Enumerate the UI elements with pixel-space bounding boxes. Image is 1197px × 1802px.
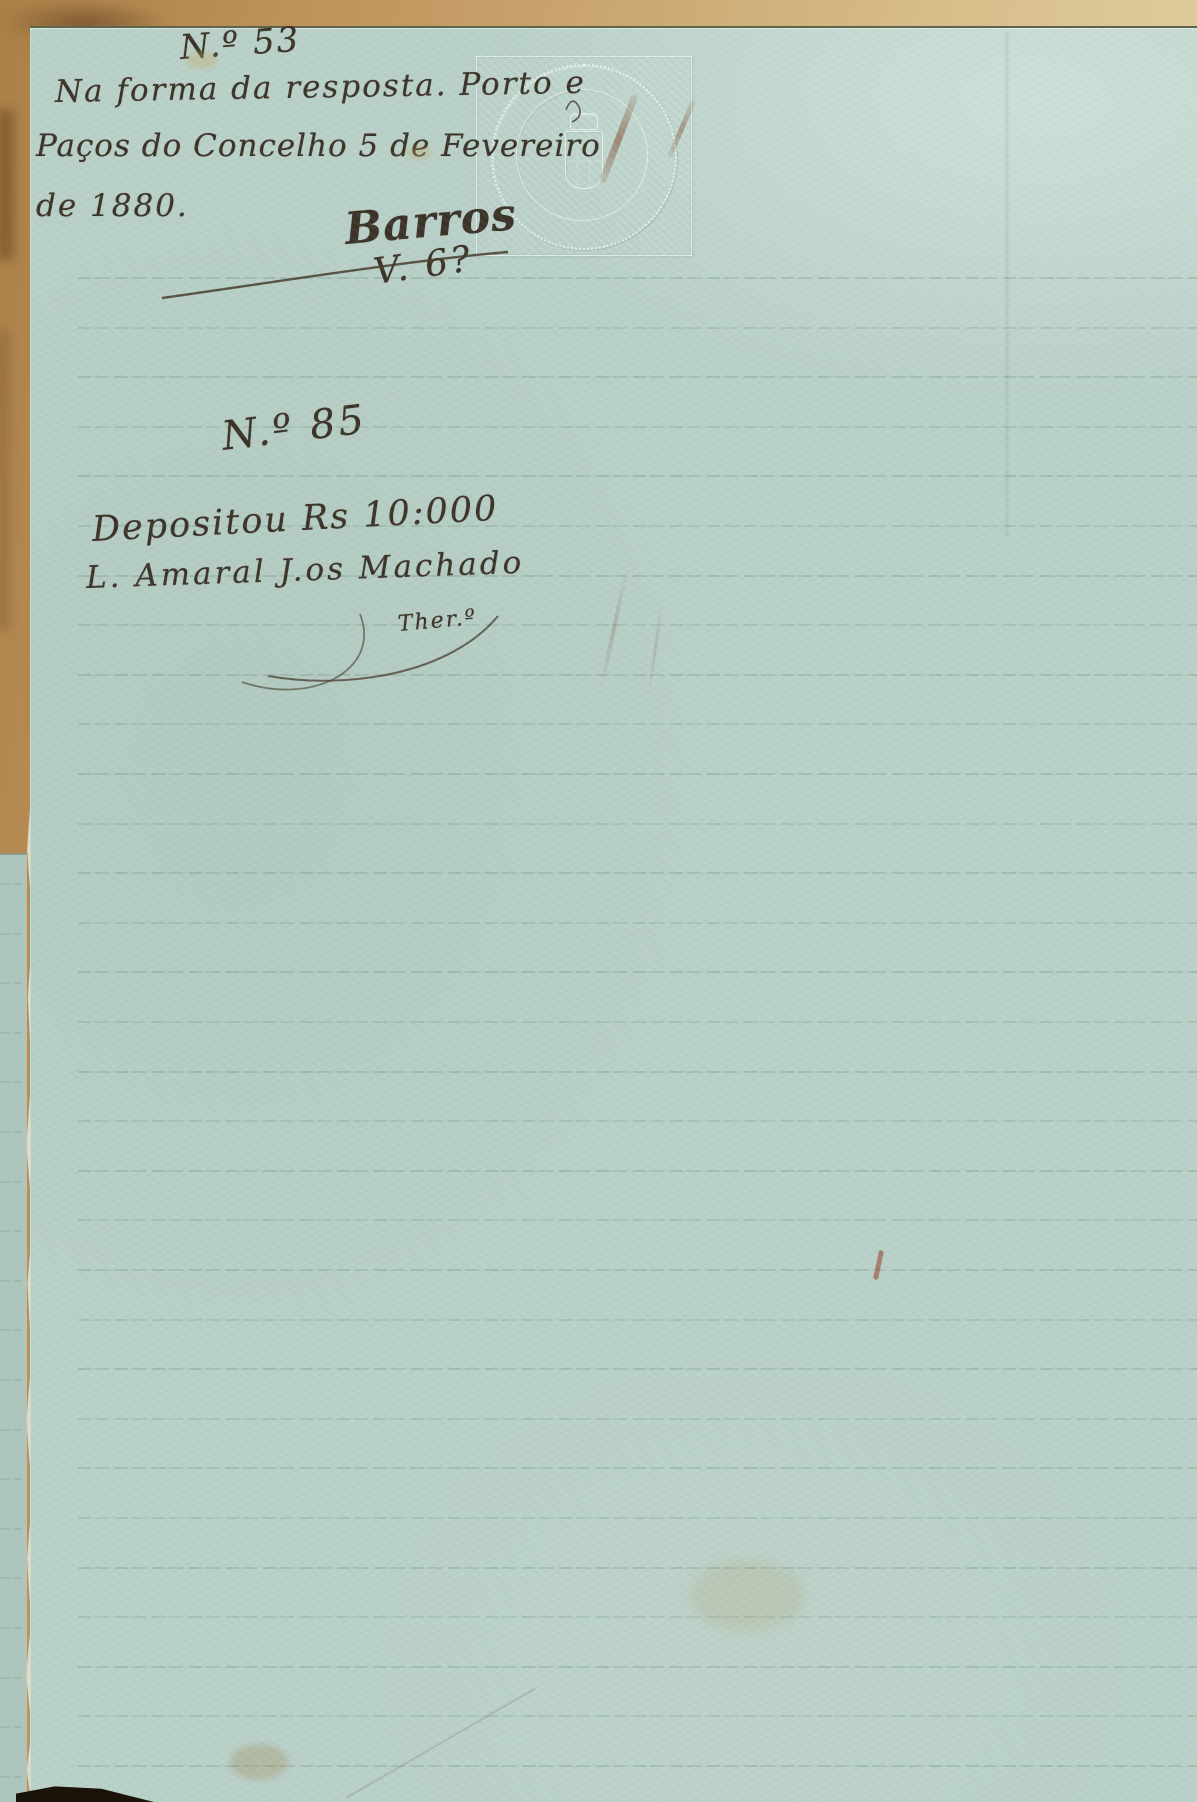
- under-page-ruled-line: [0, 1329, 22, 1331]
- ruled-line: [78, 1567, 1197, 1569]
- ruled-line: [78, 1269, 1197, 1271]
- deposit-note: Depositou Rs 10:000: [91, 489, 499, 550]
- under-page-ruled-line: [0, 1677, 22, 1679]
- under-page-ruled-line: [0, 1131, 22, 1133]
- under-page-ruled-line: [0, 1726, 22, 1728]
- clerk-title: Ther.º: [397, 605, 478, 637]
- scanned-document: N.º 53 Na forma da resposta. Porto e Paç…: [0, 0, 1197, 1802]
- ruled-line: [78, 1616, 1197, 1618]
- under-page-ruled-line: [0, 1478, 22, 1480]
- under-page-ruled-line: [0, 1181, 22, 1183]
- signature-flourishes: [30, 28, 1197, 1802]
- stain-streak-4: [647, 600, 663, 694]
- ruled-line: [78, 922, 1197, 924]
- ruled-line: [78, 1666, 1197, 1668]
- under-page-ruled-line: [0, 1081, 22, 1083]
- underlying-page-edge: [0, 853, 27, 1802]
- ruled-line: [78, 475, 1197, 477]
- under-page-ruled-line: [0, 933, 22, 935]
- stain-yellow-1: [186, 52, 218, 69]
- stain-yellow-2: [406, 146, 432, 160]
- ruled-line: [78, 327, 1197, 329]
- under-page-ruled-line: [0, 1776, 22, 1778]
- ruled-line: [78, 1021, 1197, 1023]
- ruled-line: [78, 971, 1197, 973]
- ruled-line: [78, 823, 1197, 825]
- annotation-line-3: de 1880.: [36, 188, 189, 224]
- ruled-line: [78, 1120, 1197, 1122]
- under-page-ruled-line: [0, 1627, 22, 1629]
- clerk-signatures: L. Amaral J.os Machado: [85, 545, 524, 596]
- ruled-line: [78, 773, 1197, 775]
- under-page-ruled-line: [0, 1280, 22, 1282]
- ruled-line: [78, 872, 1197, 874]
- backing-stain-left-2: [0, 330, 9, 630]
- process-number: N.º 85: [219, 396, 369, 459]
- fold-crease-vertical: [1006, 32, 1008, 537]
- under-page-ruled-line: [0, 1230, 22, 1232]
- backing-stain-left: [0, 110, 14, 260]
- ruled-line: [78, 1715, 1197, 1717]
- stain-red-mark: [873, 1250, 884, 1280]
- stain-streak-3: [599, 567, 629, 690]
- under-page-ruled-line: [0, 1379, 22, 1381]
- under-page-ruled-line: [0, 1429, 22, 1431]
- ruled-line: [78, 1071, 1197, 1073]
- ruled-line: [78, 1170, 1197, 1172]
- under-page-ruled-line: [0, 1577, 22, 1579]
- fold-crease-corner: [346, 1688, 536, 1799]
- ruled-line: [78, 1467, 1197, 1469]
- under-page-ruled-line: [0, 982, 22, 984]
- stain-faint-blotch: [690, 1560, 805, 1632]
- ruled-line: [78, 1418, 1197, 1420]
- under-page-ruled-line: [0, 883, 22, 885]
- ruled-line: [78, 624, 1197, 626]
- blue-lined-sheet: N.º 53 Na forma da resposta. Porto e Paç…: [30, 26, 1197, 1802]
- under-page-ruled-line: [0, 1528, 22, 1530]
- ruled-line: [78, 376, 1197, 378]
- ruled-line: [78, 1319, 1197, 1321]
- under-page-ruled-line: [0, 1032, 22, 1034]
- ruled-line: [78, 1517, 1197, 1519]
- ruled-line: [78, 1368, 1197, 1370]
- annotation-line-2: Paços do Concelho 5 de Fevereiro: [36, 128, 601, 164]
- stain-brown-blotch: [230, 1744, 288, 1780]
- ruled-line: [78, 674, 1197, 676]
- ruled-line: [78, 1219, 1197, 1221]
- ruled-line: [78, 723, 1197, 725]
- ruled-line: [78, 277, 1197, 279]
